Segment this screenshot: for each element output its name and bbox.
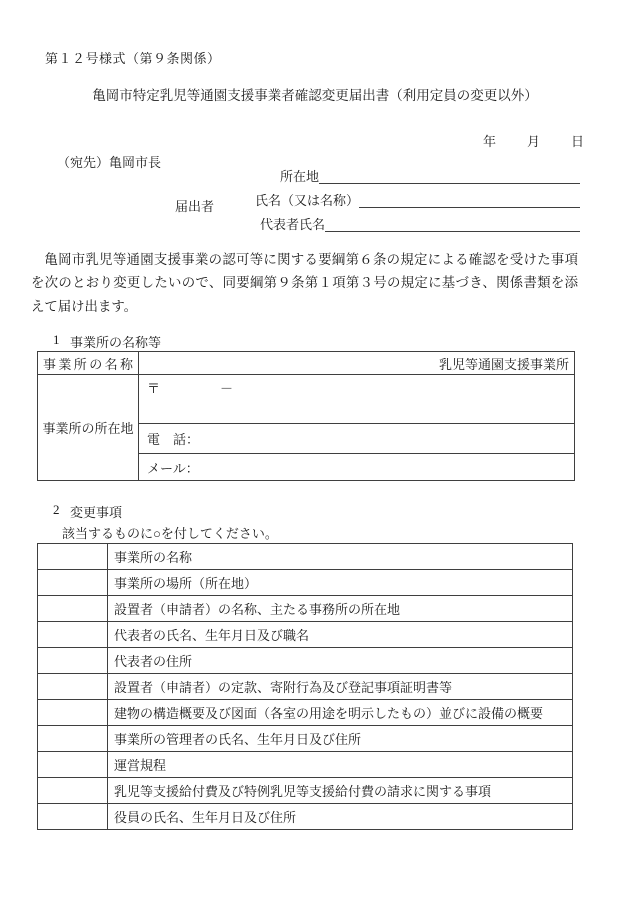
table-row: 代表者の氏名、生年月日及び職名 xyxy=(38,622,573,648)
postal-code-input-cell[interactable]: 〒－ xyxy=(139,375,575,424)
form-number: 第１２号様式（第９条関係） xyxy=(45,48,221,67)
postal-separator: － xyxy=(220,378,233,397)
document-page: 第１２号様式（第９条関係） 亀岡市特定乳児等通園支援事業者確認変更届出書（利用定… xyxy=(0,0,630,903)
table-row: 設置者（申請者）の定款、寄附行為及び登記事項証明書等 xyxy=(38,674,573,700)
declarant-label: 届出者 xyxy=(175,196,214,215)
email-label: メール： xyxy=(147,461,199,476)
change-item-label: 乳児等支援給付費及び特例乳児等支援給付費の請求に関する事項 xyxy=(108,778,573,804)
declarant-representative-input-line[interactable] xyxy=(325,217,580,232)
office-address-label: 事業所の所在地 xyxy=(38,375,139,481)
section2-title: 変更事項 xyxy=(70,502,122,521)
table-row: 代表者の住所 xyxy=(38,648,573,674)
change-item-label: 事業所の名称 xyxy=(108,544,573,570)
table-row: 役員の氏名、生年月日及び住所 xyxy=(38,804,573,830)
email-input-cell[interactable]: メール： xyxy=(139,454,575,481)
declarant-address-input-line[interactable] xyxy=(319,169,580,184)
declarant-address-row: 所在地 xyxy=(280,169,580,184)
declarant-address-label: 所在地 xyxy=(280,169,319,184)
circle-mark-cell[interactable] xyxy=(38,700,108,726)
date-year-label: 年 xyxy=(483,131,496,150)
table-row: 事業所の場所（所在地） xyxy=(38,570,573,596)
circle-mark-cell[interactable] xyxy=(38,648,108,674)
date-day-blank[interactable] xyxy=(540,136,571,150)
table-row: 事業所の名称 乳児等通園支援事業所 xyxy=(38,352,575,375)
section2-instruction: 該当するものに○を付してください。 xyxy=(62,523,278,542)
section1-number: 1 xyxy=(53,332,70,351)
change-item-label: 事業所の管理者の氏名、生年月日及び住所 xyxy=(108,726,573,752)
phone-input-cell[interactable]: 電 話： xyxy=(139,424,575,454)
table-row: 運営規程 xyxy=(38,752,573,778)
circle-mark-cell[interactable] xyxy=(38,778,108,804)
table-row: 事業所の管理者の氏名、生年月日及び住所 xyxy=(38,726,573,752)
declarant-name-row: 氏名（又は名称） xyxy=(255,193,580,208)
change-item-label: 代表者の住所 xyxy=(108,648,573,674)
table-row: 乳児等支援給付費及び特例乳児等支援給付費の請求に関する事項 xyxy=(38,778,573,804)
declarant-name-label: 氏名（又は名称） xyxy=(255,193,359,208)
circle-mark-cell[interactable] xyxy=(38,752,108,778)
change-item-label: 役員の氏名、生年月日及び住所 xyxy=(108,804,573,830)
change-items-table: 事業所の名称 事業所の場所（所在地） 設置者（申請者）の名称、主たる事務所の所在… xyxy=(37,543,573,830)
office-info-table: 事業所の名称 乳児等通園支援事業所 事業所の所在地 〒－ 電 話： メール： xyxy=(37,351,575,481)
change-item-label: 代表者の氏名、生年月日及び職名 xyxy=(108,622,573,648)
change-item-label: 設置者（申請者）の名称、主たる事務所の所在地 xyxy=(108,596,573,622)
office-name-label: 事業所の名称 xyxy=(38,352,139,375)
date-line: 年 月 日 xyxy=(443,131,584,150)
phone-label: 電 話： xyxy=(147,432,199,447)
date-day-label: 日 xyxy=(571,131,584,150)
circle-mark-cell[interactable] xyxy=(38,804,108,830)
table-row: 事業所の名称 xyxy=(38,544,573,570)
circle-mark-cell[interactable] xyxy=(38,596,108,622)
declarant-representative-row: 代表者氏名 xyxy=(260,217,580,232)
date-month-label: 月 xyxy=(527,131,540,150)
circle-mark-cell[interactable] xyxy=(38,726,108,752)
date-year-blank[interactable] xyxy=(443,136,483,150)
circle-mark-cell[interactable] xyxy=(38,570,108,596)
section2-heading: 2 変更事項 xyxy=(53,502,122,521)
table-row: 事業所の所在地 〒－ xyxy=(38,375,575,424)
page-title: 亀岡市特定乳児等通園支援事業者確認変更届出書（利用定員の変更以外） xyxy=(0,84,630,104)
addressee: （宛先）亀岡市長 xyxy=(57,152,161,171)
section2-number: 2 xyxy=(53,502,70,521)
declarant-representative-label: 代表者氏名 xyxy=(260,217,325,232)
table-row: 建物の構造概要及び図面（各室の用途を明示したもの）並びに設備の概要 xyxy=(38,700,573,726)
change-item-label: 運営規程 xyxy=(108,752,573,778)
body-paragraph: 亀岡市乳児等通園支援事業の認可等に関する要綱第６条の規定による確認を受けた事項を… xyxy=(31,248,578,318)
circle-mark-cell[interactable] xyxy=(38,674,108,700)
change-item-label: 建物の構造概要及び図面（各室の用途を明示したもの）並びに設備の概要 xyxy=(108,700,573,726)
change-item-label: 事業所の場所（所在地） xyxy=(108,570,573,596)
declarant-name-input-line[interactable] xyxy=(359,193,580,208)
section1-heading: 1 事業所の名称等 xyxy=(53,332,161,351)
office-name-suffix: 乳児等通園支援事業所 xyxy=(439,357,569,372)
office-name-input-cell[interactable]: 乳児等通園支援事業所 xyxy=(139,352,575,375)
circle-mark-cell[interactable] xyxy=(38,622,108,648)
table-row: 設置者（申請者）の名称、主たる事務所の所在地 xyxy=(38,596,573,622)
change-item-label: 設置者（申請者）の定款、寄附行為及び登記事項証明書等 xyxy=(108,674,573,700)
postal-mark: 〒 xyxy=(147,381,160,396)
section1-title: 事業所の名称等 xyxy=(70,332,161,351)
circle-mark-cell[interactable] xyxy=(38,544,108,570)
date-month-blank[interactable] xyxy=(496,136,527,150)
